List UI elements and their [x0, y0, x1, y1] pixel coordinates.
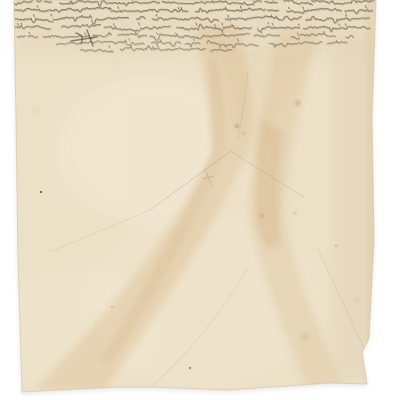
ink-spot: [235, 124, 239, 128]
ink-spot: [111, 306, 113, 308]
ink-spot: [40, 191, 42, 193]
ink-spot: [295, 100, 301, 106]
ink-spot: [34, 107, 40, 113]
ink-spot: [335, 245, 338, 248]
ink-spot: [302, 334, 309, 341]
ink-spot: [242, 132, 245, 135]
ink-spot: [260, 214, 264, 218]
manuscript-photo: [0, 0, 400, 400]
ink-spot: [355, 298, 360, 303]
ink-spot: [294, 212, 297, 215]
ink-spot: [189, 367, 192, 370]
photo-canvas: [0, 0, 400, 400]
